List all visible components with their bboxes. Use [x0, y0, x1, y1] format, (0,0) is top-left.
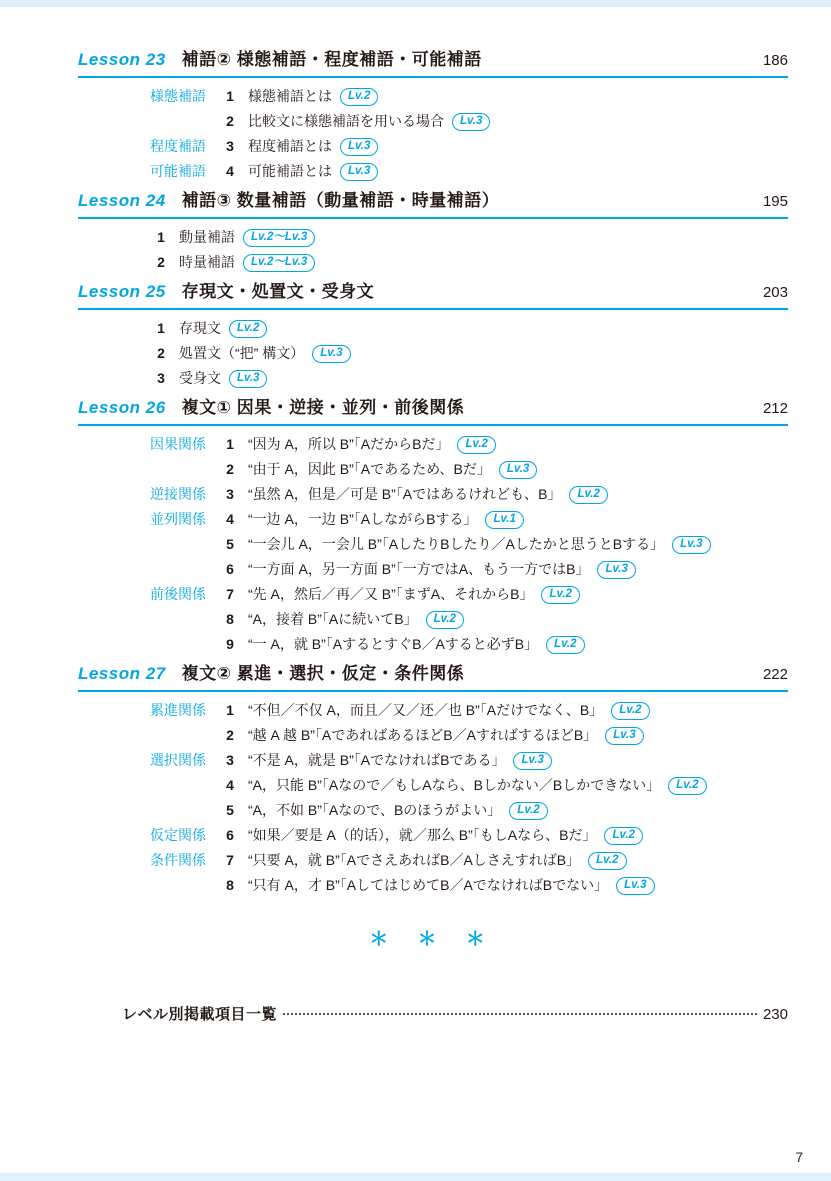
lesson-title: 補語② 様態補語・程度補語・可能補語 [182, 50, 482, 70]
toc-item: 9“一 A，就 B”「AするとすぐB／Aすると必ずB」Lv.2 [78, 632, 788, 657]
item-category: 条件関係 [150, 848, 206, 873]
item-category: 累進関係 [150, 698, 206, 723]
page-edge-bottom [0, 1173, 831, 1181]
lesson-page-number: 222 [763, 665, 788, 685]
item-number: 3 [222, 134, 238, 159]
lesson-section: Lesson 25存現文・処置文・受身文2031存現文Lv.22処置文（“把” … [78, 282, 788, 391]
level-badge: Lv.2～Lv.3 [243, 229, 315, 247]
item-text: 処置文（“把” 構文） [179, 341, 304, 366]
lesson-page-number: 203 [763, 283, 788, 303]
dot-leader [283, 1013, 757, 1015]
level-badge: Lv.2 [611, 702, 649, 720]
lesson-number: Lesson 27 [78, 664, 166, 684]
lesson-number: Lesson 23 [78, 50, 166, 70]
level-badge: Lv.2 [340, 88, 378, 106]
item-number: 4 [222, 773, 238, 798]
item-number: 5 [222, 798, 238, 823]
lesson-section: Lesson 27複文② 累進・選択・仮定・条件関係222累進関係1“不但／不仅… [78, 664, 788, 898]
lesson-header: Lesson 25存現文・処置文・受身文203 [78, 282, 788, 310]
lesson-title: 複文① 因果・逆接・並列・前後関係 [182, 398, 465, 418]
item-number: 7 [222, 848, 238, 873]
item-category: 逆接関係 [150, 482, 206, 507]
item-number: 8 [222, 873, 238, 898]
level-badge: Lv.3 [513, 752, 551, 770]
item-category: 仮定関係 [150, 823, 206, 848]
item-number: 4 [222, 159, 238, 184]
item-number: 3 [222, 748, 238, 773]
item-text: “如果／要是 A（的话），就／那么 B”「もしAなら、Bだ」 [248, 823, 596, 848]
lessons: Lesson 23補語② 様態補語・程度補語・可能補語186様態補語1様態補語と… [78, 50, 788, 898]
item-number: 1 [222, 84, 238, 109]
lesson-items: 1動量補語Lv.2～Lv.32時量補語Lv.2～Lv.3 [78, 219, 788, 275]
item-text: “A，不如 B”「Aなので、Bのほうがよい」 [248, 798, 501, 823]
level-badge: Lv.2 [457, 436, 495, 454]
item-number: 8 [222, 607, 238, 632]
item-category: 前後関係 [150, 582, 206, 607]
toc-item: 逆接関係3“虽然 A，但是／可是 B”「Aではあるけれども、B」Lv.2 [78, 482, 788, 507]
level-badge: Lv.2 [604, 827, 642, 845]
toc-item: 5“A，不如 B”「Aなので、Bのほうがよい」Lv.2 [78, 798, 788, 823]
toc-item: 1存現文Lv.2 [78, 316, 788, 341]
appendix-label: レベル別掲載項目一覧 [122, 1003, 277, 1024]
toc-item: 8“A，接着 B”「Aに続いてB」Lv.2 [78, 607, 788, 632]
item-text: 程度補語とは [248, 134, 332, 159]
item-number: 2 [222, 723, 238, 748]
lesson-items: 様態補語1様態補語とはLv.22比較文に様態補語を用いる場合Lv.3程度補語3程… [78, 78, 788, 184]
item-text: “虽然 A，但是／可是 B”「Aではあるけれども、B」 [248, 482, 561, 507]
lesson-title: 複文② 累進・選択・仮定・条件関係 [182, 664, 465, 684]
item-text: “越 A 越 B”「AであればあるほどB／AすればするほどB」 [248, 723, 597, 748]
item-number: 3 [153, 366, 169, 391]
item-text: 動量補語 [179, 225, 235, 250]
item-category: 選択関係 [150, 748, 206, 773]
level-badge: Lv.3 [312, 345, 350, 363]
level-badge: Lv.3 [499, 461, 537, 479]
item-text: “一边 A，一边 B”「AしながらBする」 [248, 507, 477, 532]
toc-item: 1動量補語Lv.2～Lv.3 [78, 225, 788, 250]
toc-item: 8“只有 A，才 B”「AしてはじめてB／AでなければBでない」Lv.3 [78, 873, 788, 898]
lesson-items: 1存現文Lv.22処置文（“把” 構文）Lv.33受身文Lv.3 [78, 310, 788, 391]
item-text: “不是 A，就是 B”「AでなければBである」 [248, 748, 505, 773]
lesson-header: Lesson 26複文① 因果・逆接・並列・前後関係212 [78, 398, 788, 426]
toc-item: 累進関係1“不但／不仅 A，而且／又／还／也 B”「Aだけでなく、B」Lv.2 [78, 698, 788, 723]
item-number: 6 [222, 823, 238, 848]
toc-item: 仮定関係6“如果／要是 A（的话），就／那么 B”「もしAなら、Bだ」Lv.2 [78, 823, 788, 848]
item-category: 様態補語 [150, 84, 206, 109]
item-text: 可能補語とは [248, 159, 332, 184]
toc-item: 2時量補語Lv.2～Lv.3 [78, 250, 788, 275]
item-number: 2 [153, 341, 169, 366]
toc-item: 選択関係3“不是 A，就是 B”「AでなければBである」Lv.3 [78, 748, 788, 773]
item-text: “不但／不仅 A，而且／又／还／也 B”「Aだけでなく、B」 [248, 698, 603, 723]
item-category: 並列関係 [150, 507, 206, 532]
level-badge: Lv.2～Lv.3 [243, 254, 315, 272]
toc-content: Lesson 23補語② 様態補語・程度補語・可能補語186様態補語1様態補語と… [0, 0, 831, 1024]
level-badge: Lv.3 [452, 113, 490, 131]
level-badge: Lv.2 [668, 777, 706, 795]
lesson-section: Lesson 24補語③ 数量補語（動量補語・時量補語）1951動量補語Lv.2… [78, 191, 788, 275]
item-text: 比較文に様態補語を用いる場合 [248, 109, 444, 134]
level-badge: Lv.3 [340, 138, 378, 156]
lesson-number: Lesson 24 [78, 191, 166, 211]
level-badge: Lv.2 [509, 802, 547, 820]
item-text: 時量補語 [179, 250, 235, 275]
toc-item: 因果関係1“因为 A，所以 B”「AだからBだ」Lv.2 [78, 432, 788, 457]
toc-item: 4“A，只能 B”「Aなので／もしAなら、Bしかない／Bしかできない」Lv.2 [78, 773, 788, 798]
lesson-items: 因果関係1“因为 A，所以 B”「AだからBだ」Lv.22“由于 A，因此 B”… [78, 426, 788, 657]
item-text: “只有 A，才 B”「AしてはじめてB／AでなければBでない」 [248, 873, 608, 898]
toc-item: 2“越 A 越 B”「AであればあるほどB／AすればするほどB」Lv.3 [78, 723, 788, 748]
lesson-page-number: 186 [763, 51, 788, 71]
level-badge: Lv.3 [616, 877, 654, 895]
item-text: “A，只能 B”「Aなので／もしAなら、Bしかない／Bしかできない」 [248, 773, 660, 798]
level-badge: Lv.3 [597, 561, 635, 579]
item-number: 2 [222, 457, 238, 482]
toc-item: 2“由于 A，因此 B”「Aであるため、Bだ」Lv.3 [78, 457, 788, 482]
toc-item: 2処置文（“把” 構文）Lv.3 [78, 341, 788, 366]
lesson-page-number: 195 [763, 192, 788, 212]
toc-item: 並列関係4“一边 A，一边 B”「AしながらBする」Lv.1 [78, 507, 788, 532]
level-badge: Lv.1 [485, 511, 523, 529]
item-text: 様態補語とは [248, 84, 332, 109]
toc-item: 可能補語4可能補語とはLv.3 [78, 159, 788, 184]
lesson-header: Lesson 23補語② 様態補語・程度補語・可能補語186 [78, 50, 788, 78]
item-category: 可能補語 [150, 159, 206, 184]
item-number: 1 [153, 316, 169, 341]
level-badge: Lv.2 [546, 636, 584, 654]
toc-item: 前後関係7“先 A，然后／再／又 B”「まずA、それからB」Lv.2 [78, 582, 788, 607]
item-number: 7 [222, 582, 238, 607]
toc-item: 様態補語1様態補語とはLv.2 [78, 84, 788, 109]
lesson-section: Lesson 26複文① 因果・逆接・並列・前後関係212因果関係1“因为 A，… [78, 398, 788, 657]
lesson-number: Lesson 25 [78, 282, 166, 302]
lesson-items: 累進関係1“不但／不仅 A，而且／又／还／也 B”「Aだけでなく、B」Lv.22… [78, 692, 788, 898]
toc-item: 3受身文Lv.3 [78, 366, 788, 391]
level-badge: Lv.2 [588, 852, 626, 870]
item-text: 受身文 [179, 366, 221, 391]
page-edge-top [0, 0, 831, 7]
item-text: “一会儿 A，一会儿 B”「AしたりBしたり／Aしたかと思うとBする」 [248, 532, 664, 557]
section-separator: ＊ ＊ ＊ [78, 924, 788, 951]
item-category: 程度補語 [150, 134, 206, 159]
level-badge: Lv.2 [569, 486, 607, 504]
item-number: 9 [222, 632, 238, 657]
toc-item: 条件関係7“只要 A，就 B”「AでさえあればB／AしさえすればB」Lv.2 [78, 848, 788, 873]
item-text: “A，接着 B”「Aに続いてB」 [248, 607, 418, 632]
toc-item: 6“一方面 A，另一方面 B”「一方ではA、もう一方ではB」Lv.3 [78, 557, 788, 582]
lesson-title: 存現文・処置文・受身文 [182, 282, 375, 302]
item-text: “由于 A，因此 B”「Aであるため、Bだ」 [248, 457, 491, 482]
toc-item: 5“一会儿 A，一会儿 B”「AしたりBしたり／Aしたかと思うとBする」Lv.3 [78, 532, 788, 557]
item-number: 5 [222, 532, 238, 557]
appendix-page-number: 230 [763, 1006, 788, 1023]
item-text: “因为 A，所以 B”「AだからBだ」 [248, 432, 449, 457]
folio-page-number: 7 [795, 1150, 803, 1165]
item-number: 3 [222, 482, 238, 507]
item-text: “先 A，然后／再／又 B”「まずA、それからB」 [248, 582, 533, 607]
lesson-header: Lesson 24補語③ 数量補語（動量補語・時量補語）195 [78, 191, 788, 219]
item-number: 2 [222, 109, 238, 134]
item-text: “一方面 A，另一方面 B”「一方ではA、もう一方ではB」 [248, 557, 589, 582]
lesson-title: 補語③ 数量補語（動量補語・時量補語） [182, 191, 500, 211]
level-badge: Lv.3 [340, 163, 378, 181]
level-badge: Lv.2 [229, 320, 267, 338]
item-text: “只要 A，就 B”「AでさえあればB／AしさえすればB」 [248, 848, 580, 873]
lesson-section: Lesson 23補語② 様態補語・程度補語・可能補語186様態補語1様態補語と… [78, 50, 788, 184]
toc-item: 程度補語3程度補語とはLv.3 [78, 134, 788, 159]
item-number: 1 [222, 432, 238, 457]
toc-item: 2比較文に様態補語を用いる場合Lv.3 [78, 109, 788, 134]
item-number: 6 [222, 557, 238, 582]
level-badge: Lv.2 [426, 611, 464, 629]
level-badge: Lv.2 [541, 586, 579, 604]
level-badge: Lv.3 [229, 370, 267, 388]
level-badge: Lv.3 [605, 727, 643, 745]
item-number: 1 [153, 225, 169, 250]
lesson-header: Lesson 27複文② 累進・選択・仮定・条件関係222 [78, 664, 788, 692]
item-number: 4 [222, 507, 238, 532]
appendix-entry: レベル別掲載項目一覧 230 [122, 1003, 788, 1024]
level-badge: Lv.3 [672, 536, 710, 554]
lesson-page-number: 212 [763, 399, 788, 419]
lesson-number: Lesson 26 [78, 398, 166, 418]
item-category: 因果関係 [150, 432, 206, 457]
toc-page: Lesson 23補語② 様態補語・程度補語・可能補語186様態補語1様態補語と… [0, 0, 831, 1181]
item-number: 1 [222, 698, 238, 723]
item-number: 2 [153, 250, 169, 275]
item-text: 存現文 [179, 316, 221, 341]
item-text: “一 A，就 B”「AするとすぐB／Aすると必ずB」 [248, 632, 538, 657]
